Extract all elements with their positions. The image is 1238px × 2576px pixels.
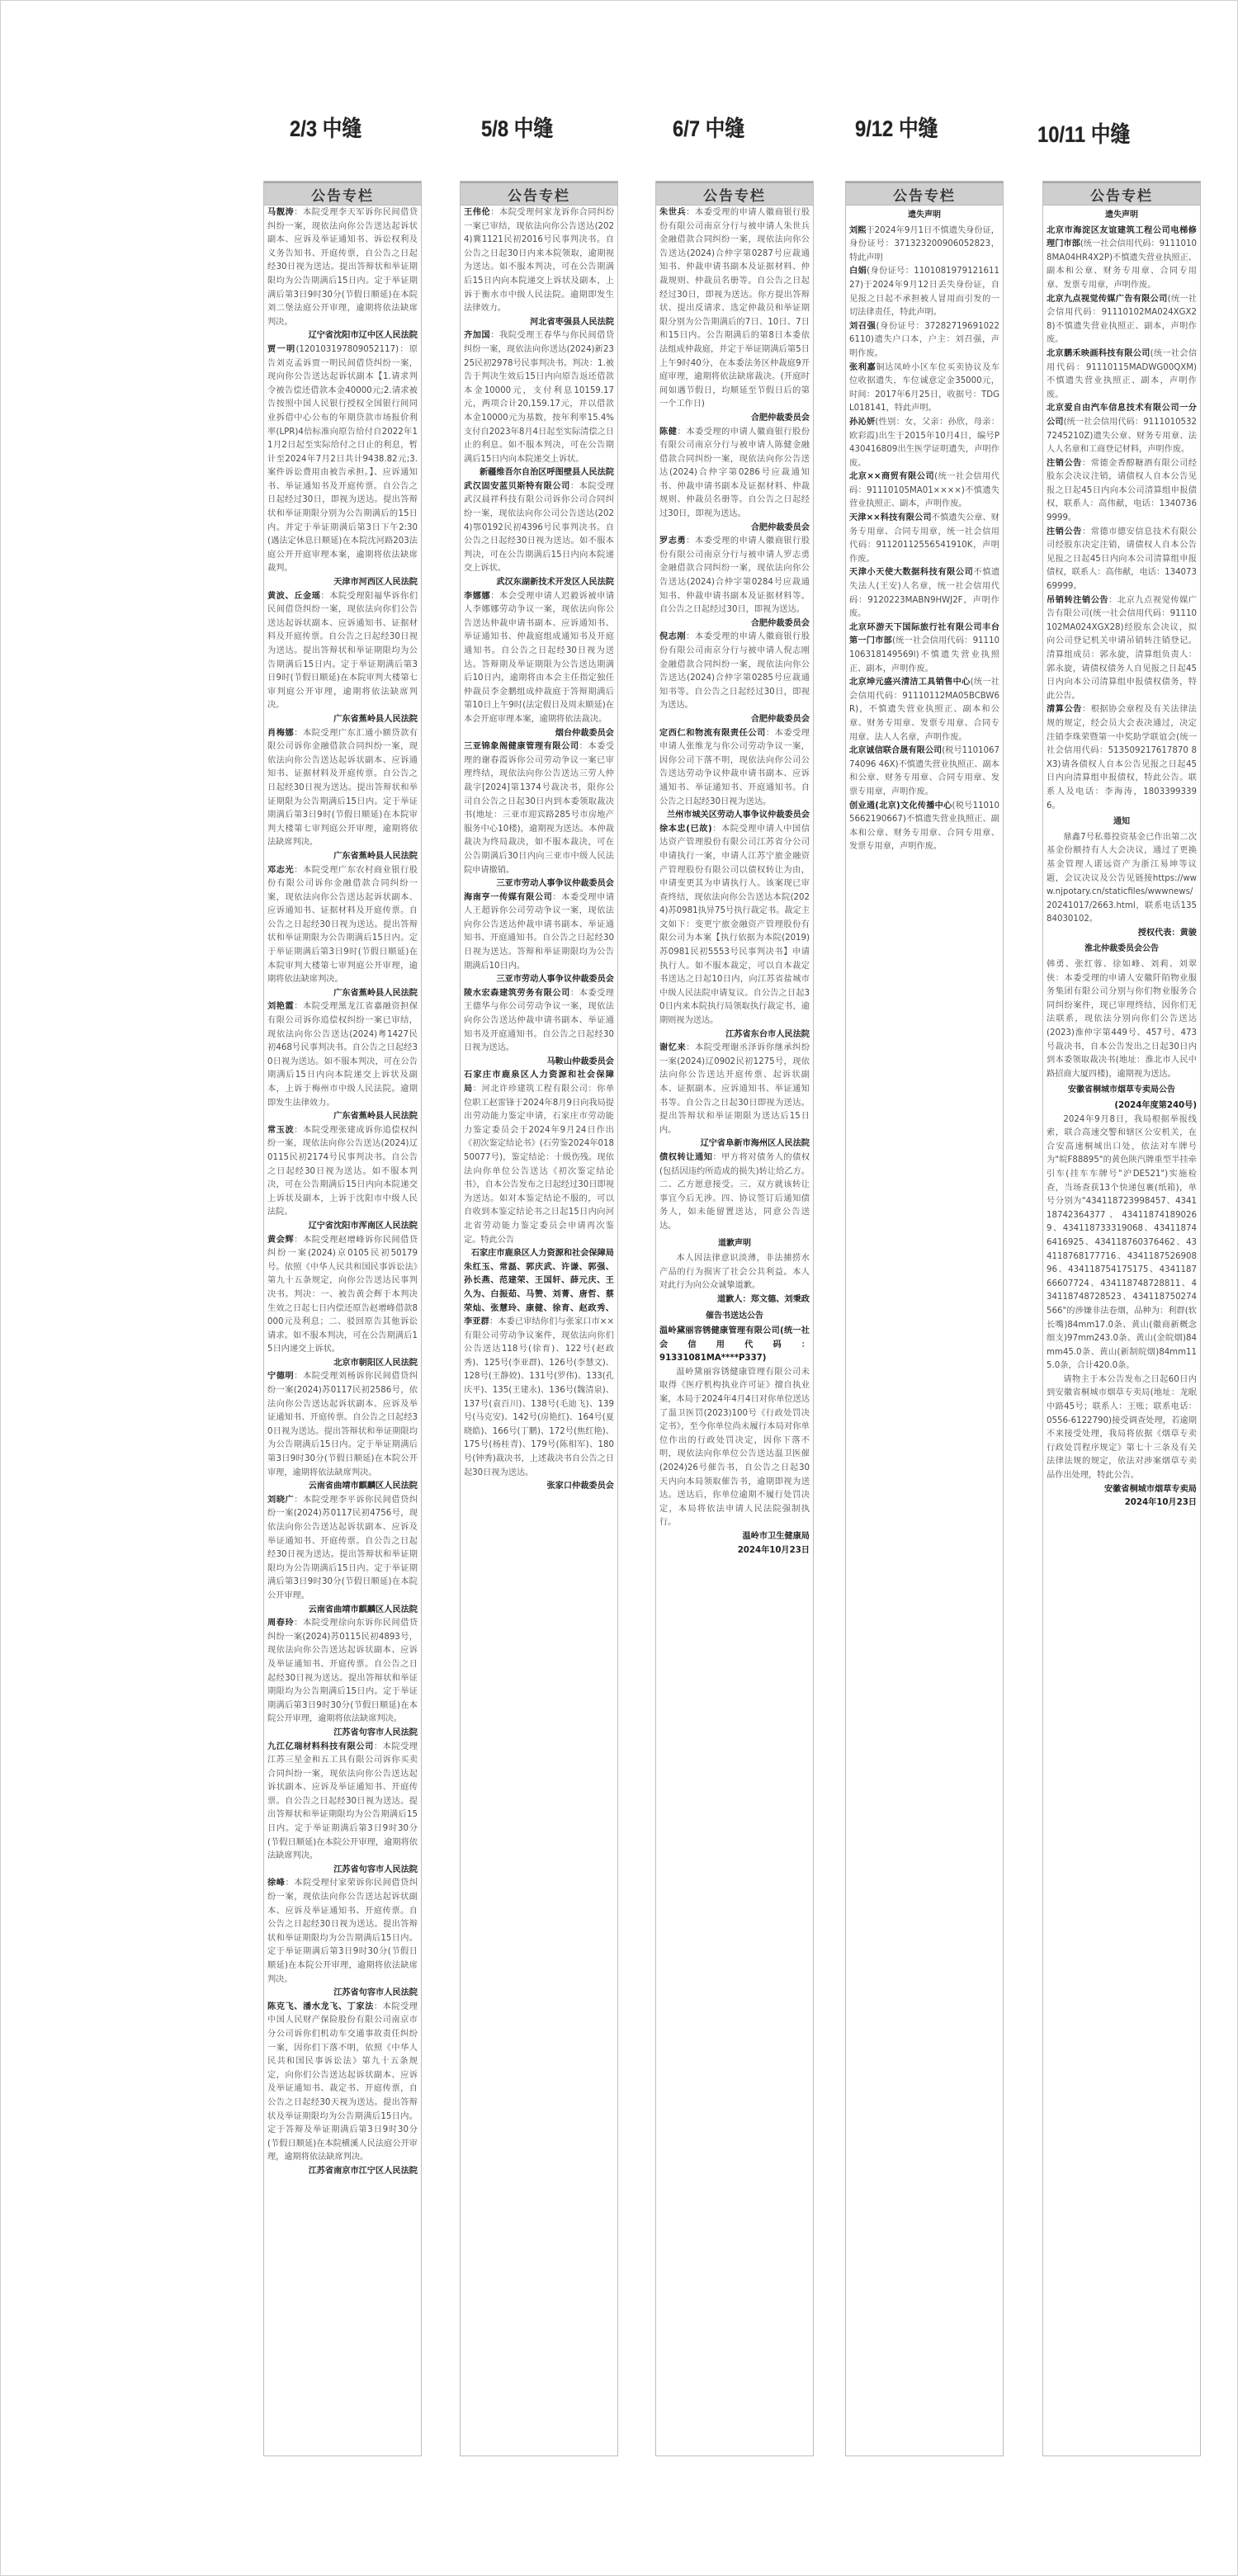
notice-text: ：甲方将对债务人的债权(包括因违约所造成的损失)转让给乙方。二、乙方愿意接受。三… [659, 1153, 810, 1231]
apology-block: 道歉声明 本人因法律意识淡薄，非法捕捞水产品的行为损害了社会公共利益。本人对此行… [656, 1234, 813, 1558]
notice-item: 邓志光：本院受理广东农村商业银行股份有限公司诉你金融借款合同纠纷一案，现依法向你… [267, 864, 418, 1001]
notice-party-name: 九江亿瑞材料科技有限公司 [267, 1742, 374, 1751]
notice-item: 刘艳霞：本院受理黑龙江省嘉融资担保有限公司诉你追偿权纠纷一案已审结，现依法向你公… [267, 1000, 418, 1123]
notice-paragraph: 陈健：本委受理的申请人徽商银行股份有限公司南京分行与被申请人陈健金融借款合同纠纷… [659, 426, 810, 522]
notice-issuer: 三亚市劳动人事争议仲裁委员会 [464, 973, 614, 987]
notice-party-name: 谢忆来 [659, 1043, 686, 1052]
notice-item: 海南亨一传媒有限公司：本委受理申请人王超诉你公司劳动争议一案，现依法向你公告送达… [464, 891, 614, 987]
notice-item: 齐加国：我院受理王春华与你民间借贷纠纷一案，现依法向你送达(2024)新2325… [464, 329, 614, 480]
notice-party-name: 李娜娜 [464, 592, 490, 601]
notice-text: 于2024年9月1日不慎遗失身份证，身份证号：37132320090605282… [849, 226, 999, 262]
notice-item: 谢忆来：本院受理谢丞泽诉你继承纠纷一案(2024)辽0902民初1275号，现依… [659, 1042, 810, 1151]
notice-item: 定西仁和物流有限责任公司：本委受理申请人张维龙与你公司劳动争议一案，因你公司下落… [659, 727, 810, 823]
notice-issuer: 合肥仲裁委员会 [659, 412, 810, 426]
notice-paragraph: 陵水宏森建筑劳务有限公司：本委受理王德华与你公司劳动争议一案，现依法向你公告送达… [464, 987, 614, 1056]
notice-paragraph: 贾一明(120103197809052117)：原告刘克孟诉贾一明民间借贷纠纷一… [267, 343, 418, 576]
notice-column-2: 公告专栏 王伟伦：本院受理何家龙诉你合同纠纷一案已审结，现依法向你公告送达(20… [460, 181, 618, 2456]
notice-text: ：本委已审结你们与张家口市××有限公司劳动争议案件，现依法向你们公告送达118号… [464, 1317, 614, 1477]
notice-text: ：本院受理申请人中国信达资产管理股份有限公司江苏省分公司申请执行一案，申请人江苏… [659, 825, 810, 1025]
notice-party-name: 吊销转注销公告 [1047, 596, 1108, 605]
notice-party-name: 徐峰 [267, 1879, 285, 1888]
notice-paragraph: 刘召强(身份证号：372827196910226110)遗失户口本，户主：刘召强… [849, 320, 999, 362]
notice-issuer: 合肥仲裁委员会 [659, 617, 810, 631]
notice-party-name: 黄波、丘金瑶 [267, 592, 320, 601]
notice-party-name: 常玉波 [267, 1126, 294, 1135]
notice-item: 贾一明(120103197809052117)：原告刘克孟诉贾一明民间借贷纠纷一… [267, 343, 418, 590]
notice-paragraph: 谢忆来：本院受理谢丞泽诉你继承纠纷一案(2024)辽0902民初1275号，现依… [659, 1042, 810, 1137]
notice-column-3: 公告专栏 朱世兵：本委受理的申请人徽商银行股份有限公司南京分行与被申请人朱世兵金… [655, 181, 814, 2456]
notice-party-name: 定西仁和物流有限责任公司 [659, 729, 766, 738]
notice-item: 北京诚信联合晟有限公司(税号110106774096 46X)不慎遗失营业执照正… [849, 744, 999, 799]
notice-paragraph: 债权转让通知：甲方将对债务人的债权(包括因违约所造成的损失)转让给乙方。二、乙方… [659, 1151, 810, 1234]
column-body: 遗失声明 刘熙于2024年9月1日不慎遗失身份证，身份证号：3713232009… [846, 206, 1003, 854]
notice-paragraph: 常玉波：本院受理张建成诉你追偿权纠纷一案，现依法向你公告送达(2024)辽011… [267, 1124, 418, 1220]
urge-title: 催告书送达公告 [659, 1310, 810, 1324]
notice-party-name: 天津小天使大数据科技有限公司 [849, 568, 973, 577]
notice-item: 李娜娜：本会受理申请人迟毅诉被申请人李娜娜劳动争议一案，现依法向你公告送达仲裁申… [464, 590, 614, 741]
notice-text: (身份证号：110108197912161127)于2024年9月12日丢失身份… [849, 267, 999, 317]
notice-column-4: 公告专栏 遗失声明 刘熙于2024年9月1日不慎遗失身份证，身份证号：37132… [845, 181, 1004, 2456]
notice-party-name: 马靓涛 [267, 208, 294, 217]
notice-party-name: 北京坤元盛兴清洁工具销售中心 [849, 678, 971, 687]
notice-issuer: 江苏省句容市人民法院 [267, 1727, 418, 1741]
notice-issuer: 辽宁省沈阳市浑南区人民法院 [267, 1220, 418, 1234]
notice-item: 马靓涛：本院受理李天军诉你民间借贷纠纷一案，现依法向你公告送达起诉状副本、应诉及… [267, 206, 418, 343]
notice-item: 吊销转注销公告：北京九点视觉传媒广告有限公司(统一社会信用代码：91110102… [1047, 594, 1197, 704]
notice-text: ：本委受理的申请人徽商银行股份有限公司南京分行与被申请人陈健金融借款合同纠纷一案… [659, 428, 810, 519]
column-title-4: 9/12 中缝 [855, 111, 938, 143]
notice-text: ：我院受理王春华与你民间借贷纠纷一案，现依法向你送达(2024)新2325民初2… [464, 331, 614, 463]
notice-paragraph: 北京坤元盛兴清洁工具销售中心(统一社会信用代码：91110112MA05BCBW… [849, 676, 999, 744]
lost-statement-heading: 遗失声明 [849, 209, 999, 223]
notice-item: 刘熙于2024年9月1日不慎遗失身份证，身份证号：371323200906052… [849, 225, 999, 266]
notice-party-name: 贾一明 [267, 345, 295, 354]
notice-paragraph: 刘艳霞：本院受理黑龙江省嘉融资担保有限公司诉你追偿权纠纷一案已审结，现依法向你公… [267, 1000, 418, 1110]
notice-text: ：本院受理武汉晨祥科技有限公司诉你公司合同纠纷一案，现依法向你公司公告送达(20… [464, 482, 614, 574]
notice-paragraph: 北京鹏禾映画科技有限公司(统一社会信用代码：91110115MADWG00QXM… [1047, 347, 1197, 402]
notice-paragraph: 罗志勇：本委受理的申请人徽商银行股份有限公司南京分行与被申请人罗志勇金融借款合同… [659, 535, 810, 617]
notice-paragraph: 北京爱自由汽车信息技术有限公司一分公司(统一社会信用代码：91110105327… [1047, 402, 1197, 456]
tobacco-number: (2024年度第240号) [1047, 1099, 1197, 1113]
notice-item: 刘召强(身份证号：372827196910226110)遗失户口本，户主：刘召强… [849, 320, 999, 362]
notice-issuer: 辽宁省沈阳市辽中区人民法院 [267, 329, 418, 343]
notice-text: ：本院受理赵增峰诉你民间借贷纠纷一案(2024)京0105民初50179号。依照… [267, 1236, 418, 1354]
notice-paragraph: 马靓涛：本院受理李天军诉你民间借贷纠纷一案，现依法向你公告送达起诉状副本、应诉及… [267, 206, 418, 329]
notice-text: ：本院受理付家荣诉你民间借贷纠纷一案，现依法向你公告送达起诉状副本、应诉及举证通… [267, 1879, 418, 1983]
column-body: 马靓涛：本院受理李天军诉你民间借贷纠纷一案，现依法向你公告送达起诉状副本、应诉及… [264, 206, 421, 2179]
notice-paragraph: 北京九点视觉传媒广告有限公司(统一社会信用代码：91110102MA024XGX… [1047, 293, 1197, 347]
column-title-2: 5/8 中缝 [481, 111, 553, 143]
notice-text: ：本院受理谢丞泽诉你继承纠纷一案(2024)辽0902民初1275号，现依法向你… [659, 1043, 810, 1135]
notice-text: ：本会受理申请人迟毅诉被申请人李娜娜劳动争议一案，现依法向你公告送达仲裁申请书副… [464, 592, 614, 724]
notice-party-name: 天津××科技有限公司 [849, 513, 932, 522]
notice-text: ：北京九点视觉传媒广告有限公司(统一社会信用代码：91110102MA024XG… [1047, 596, 1197, 701]
notice-party-name: 肖梅娜 [267, 729, 294, 738]
notice-text: ：本委受理申请人王超诉你公司劳动争议一案，现依法向你公告送达仲裁申请书副本、举证… [464, 893, 614, 971]
notice-text: ：常德金香醇糖酒有限公司经股东会决议注销，请债权人自本公告见报之日起45日内向本… [1047, 459, 1197, 522]
urge-date: 2024年10月23日 [659, 1544, 810, 1558]
notice-party-name: 黄会辉 [267, 1236, 294, 1245]
notice-item: 九江亿瑞材料科技有限公司：本院受理江苏三星金和五工具有限公司诉你买卖合同纠纷一案… [267, 1741, 418, 1878]
urge-text: 温岭黛丽容锈健康管理有限公司未取得《医疗机构执业许可证》擅自执业案，本局于202… [659, 1366, 810, 1530]
notice-paragraph: 注销公告：常德金香醇糖酒有限公司经股东会决议注销，请债权人自本公告见报之日起45… [1047, 457, 1197, 526]
notice-text: ：本委受理的申请人徽商银行股份有限公司南京分行与被申请人罗志勇金融借款合同纠纷一… [659, 536, 810, 614]
notice-text: ：本院受理黑龙江省嘉融资担保有限公司诉你追偿权纠纷一案已审结，现依法向你公告送达… [267, 1002, 418, 1107]
notice-item: 陈健：本委受理的申请人徽商银行股份有限公司南京分行与被申请人陈健金融借款合同纠纷… [659, 426, 810, 536]
notice-item: 黄波、丘金瑶：本院受理阳福华诉你们民间借贷纠纷一案，现依法向你们公告送达起诉状副… [267, 590, 418, 727]
lost-statement-heading: 遗失声明 [1047, 209, 1197, 223]
notice-text: ：河北许珍建筑工程有限公司：你单位职工赵雷锋于2024年8月9日向我局提出劳动能… [464, 1085, 614, 1245]
notice-paragraph: 天津小天使大数据科技有限公司不慎遗失法人(王安)人名章，统一社会信用代码：912… [849, 566, 999, 621]
notice-issuer: 广东省蕉岭县人民法院 [267, 850, 418, 864]
notice-paragraph: 吊销转注销公告：北京九点视觉传媒广告有限公司(统一社会信用代码：91110102… [1047, 594, 1197, 704]
notice-text: (统一社会信用代码：91110112MA05BCBW6R)，不慎遗失营业执照正、… [849, 678, 999, 741]
notice-paragraph: 倪志刚：本委受理的申请人徽商银行股份有限公司南京分行与被申请人倪志刚金融借款合同… [659, 631, 810, 713]
notice-title: 通知 [1047, 815, 1197, 830]
notice-text: ：本委受理的申请人徽商银行股份有限公司南京分行与被申请人朱世兵金融借款合同纠纷一… [659, 208, 810, 409]
column-header: 公告专栏 [846, 182, 1003, 206]
column-body: 朱世兵：本委受理的申请人徽商银行股份有限公司南京分行与被申请人朱世兵金融借款合同… [656, 206, 813, 1234]
notice-issuer: 武汉东湖新技术开发区人民法院 [464, 576, 614, 590]
notice-issuer: 广东省蕉岭县人民法院 [267, 1110, 418, 1124]
notice-item: 宁德明：本院受理刘杨诉你民间借贷纠纷一案(2024)苏0117民初2586号，依… [267, 1370, 418, 1493]
notice-text: ：本院受理江苏三星金和五工具有限公司诉你买卖合同纠纷一案，现依法向你公告送达起诉… [267, 1742, 418, 1861]
notice-item: 天津××科技有限公司不慎遗失公章、财务专用章、合同专用章，统一社会信用代码：91… [849, 512, 999, 566]
notice-item: 北京市海淀区友谊建筑工程公司电梯修理门市部(统一社会信用代码：91110108M… [1047, 225, 1197, 293]
notice-paragraph: 武汉固安蓝贝斯特有限公司：本院受理武汉晨祥科技有限公司诉你公司合同纠纷一案，现依… [464, 480, 614, 576]
notice-issuer: 江苏省南京市江宁区人民法院 [267, 2165, 418, 2179]
notice-paragraph: 白娟(身份证号：110108197912161127)于2024年9月12日丢失… [849, 265, 999, 319]
notice-item: 天津小天使大数据科技有限公司不慎遗失法人(王安)人名章，统一社会信用代码：912… [849, 566, 999, 621]
notice-party-name: 债权转让通知 [659, 1153, 712, 1162]
notice-item: 陈克飞、潘水龙飞、丁家法：本院受理中国人民财产保险股份有限公司南京市分公司诉你们… [267, 2001, 418, 2179]
notice-paragraph: 三亚锦象阁健康管理有限公司：本委受理的谢春霞诉你公司劳动争议一案已审理终结，现依… [464, 740, 614, 877]
notice-party-name: 白娟 [849, 267, 867, 276]
notice-issuer: 辽宁省阜新市海州区人民法院 [659, 1137, 810, 1151]
notice-item: 徐峰：本院受理付家荣诉你民间借贷纠纷一案，现依法向你公告送达起诉状副本、应诉及举… [267, 1877, 418, 2000]
notice-party-name: 海南亨一传媒有限公司 [464, 893, 552, 902]
tobacco-date: 2024年10月23日 [1047, 1496, 1197, 1510]
notice-column-5: 公告专栏 遗失声明 北京市海淀区友谊建筑工程公司电梯修理门市部(统一社会信用代码… [1042, 181, 1201, 2456]
notice-party-name: 刘召强 [849, 322, 877, 331]
notice-issuer: 兰州市城关区劳动人事争议仲裁委员会 [659, 809, 810, 823]
notice-text: (统一社会信用代码：91110105327245210Z)遗失公章、财务专用章、… [1047, 418, 1197, 454]
column-title-1: 2/3 中缝 [290, 111, 361, 143]
notice-text: ：本院受理广东农村商业银行股份有限公司诉你金融借款合同纠纷一案，现依法向你公告送… [267, 866, 418, 985]
notice-party-name: 齐加国 [464, 331, 490, 340]
notice-issuer: 云南省曲靖市麒麟区人民法院 [267, 1604, 418, 1618]
notice-party-name: 北京九点视觉传媒广告有限公司 [1047, 295, 1168, 304]
notice-issuer: 天津市河西区人民法院 [267, 576, 418, 590]
notice-text: ：本院受理李平诉你民间借贷纠纷一案(2024)苏0117民初4756号，现依法向… [267, 1496, 418, 1600]
notice-text: ：本院受理广东汇通小额贷款有限公司诉你金融借款合同纠纷一案，现依法向你公告送达起… [267, 729, 418, 848]
notice-issuer: 河北省枣强县人民法院 [464, 316, 614, 330]
column-header: 公告专栏 [461, 182, 617, 206]
notice-party-name: 宁德明 [267, 1372, 294, 1381]
notice-issuer: 广东省蕉岭县人民法院 [267, 987, 418, 1001]
notice-paragraph: 王伟伦：本院受理何家龙诉你合同纠纷一案已审结，现依法向你公告送达(2024)冀1… [464, 206, 614, 316]
notice-paragraph: 黄波、丘金瑶：本院受理阳福华诉你们民间借贷纠纷一案，现依法向你们公告送达起诉状副… [267, 590, 418, 713]
notice-item: 注销公告：常德市德安信息技术有限公司经股东决定注销，请债权人自本公告见报之日起4… [1047, 526, 1197, 594]
notice-issuer: 张家口仲裁委员会 [464, 1480, 614, 1494]
notice-item: 北京××商贸有限公司(统一社会信用代码：91110105MA01××××)不慎遗… [849, 470, 999, 512]
notice-text: ：本院受理刘杨诉你民间借贷纠纷一案(2024)苏0117民初2586号，依法向你… [267, 1372, 418, 1477]
notice-item: 朱红玉、常磊、郭庆武、许谦、郭强、孙长燕、范建荣、王国轩、薛元庆、王久为、白振茹… [464, 1261, 614, 1494]
notice-party-name: 刘晓广 [267, 1496, 294, 1505]
notice-paragraph: 北京××商贸有限公司(统一社会信用代码：91110105MA01××××)不慎遗… [849, 470, 999, 512]
notice-paragraph: 周春玲：本院受理徐向东诉你民间借贷纠纷一案(2024)苏0115民初4893号，… [267, 1617, 418, 1727]
notice-text: ：本委受理王德华与你公司劳动争议一案，现依法向你公告送达仲裁申请书副本、举证通知… [464, 989, 614, 1052]
notice-item: 黄会辉：本院受理赵增峰诉你民间借贷纠纷一案(2024)京0105民初50179号… [267, 1234, 418, 1371]
notice-paragraph: 朱红玉、常磊、郭庆武、许谦、郭强、孙长燕、范建荣、王国轩、薛元庆、王久为、白振茹… [464, 1261, 614, 1481]
notice-item: 北京环游天下国际旅行社有限公司丰台第一门市部(统一社会信用代码：91110106… [849, 622, 999, 676]
column-header: 公告专栏 [264, 182, 421, 206]
notice-party-name: 创业通(北京)文化传播中心 [849, 801, 952, 811]
notice-text: ：常德市德安信息技术有限公司经股东决定注销，请债权人自本公告见报之日起45日内向… [1047, 527, 1197, 591]
notice-party-name: 罗志勇 [659, 536, 686, 546]
notice-issuer: 云南省曲靖市麒麟区人民法院 [267, 1480, 418, 1494]
notice-item: 三亚锦象阁健康管理有限公司：本委受理的谢春霞诉你公司劳动争议一案已审理终结，现依… [464, 740, 614, 891]
tobacco-title: 安徽省桐城市烟草专卖局公告 [1047, 1084, 1197, 1098]
notice-item: 朱世兵：本委受理的申请人徽商银行股份有限公司南京分行与被申请人朱世兵金融借款合同… [659, 206, 810, 426]
notice-paragraph: 刘熙于2024年9月1日不慎遗失身份证，身份证号：371323200906052… [849, 225, 999, 266]
notice-party-name: 清算公告 [1047, 705, 1082, 714]
notice-paragraph: 徐本忠(已故)：本院受理申请人中国信达资产管理股份有限公司江苏省分公司申请执行一… [659, 823, 810, 1028]
notice-party-name: 陵水宏森建筑劳务有限公司 [464, 989, 570, 998]
column-body: 遗失声明 北京市海淀区友谊建筑工程公司电梯修理门市部(统一社会信用代码：9111… [1043, 206, 1200, 1510]
notice-paragraph: 肖梅娜：本院受理广东汇通小额贷款有限公司诉你金融借款合同纠纷一案，现依法向你公告… [267, 727, 418, 850]
notice-item: 孙沁妍(性别：女，父亲：孙欣，母亲：欧彩霞)出生于2015年10月4日，编号P4… [849, 416, 999, 470]
notice-item: 创业通(北京)文化传播中心(税号110105662190667)不慎遗失营业执照… [849, 800, 999, 854]
notice-item: 北京坤元盛兴清洁工具销售中心(统一社会信用代码：91110112MA05BCBW… [849, 676, 999, 744]
notice-item: 北京鹏禾映画科技有限公司(统一社会信用代码：91110115MADWG00QXM… [1047, 347, 1197, 402]
notice-paragraph: 邓志光：本院受理广东农村商业银行股份有限公司诉你金融借款合同纠纷一案，现依法向你… [267, 864, 418, 987]
notice-paragraph: 宁德明：本院受理刘杨诉你民间借贷纠纷一案(2024)苏0117民初2586号，依… [267, 1370, 418, 1480]
notice-party-name: 刘艳霞 [267, 1002, 294, 1011]
notice-party-name: 孙沁妍 [849, 418, 875, 427]
notice-issuer: 江苏省句容市人民法院 [267, 1864, 418, 1878]
notice-party-name: 张利嘉 [849, 363, 876, 372]
notice-party-name: 周春玲 [267, 1619, 294, 1628]
notice-item: 刘晓广：本院受理李平诉你民间借贷纠纷一案(2024)苏0117民初4756号，现… [267, 1494, 418, 1617]
notice-text: ：本委受理的申请人徽商银行股份有限公司南京分行与被申请人倪志刚金融借款合同纠纷一… [659, 632, 810, 710]
notice-party-name: 注销公告 [1047, 459, 1082, 468]
notice-paragraph: 孙沁妍(性别：女，父亲：孙欣，母亲：欧彩霞)出生于2015年10月4日，编号P4… [849, 416, 999, 470]
tobacco-sign: 安徽省桐城市烟草专卖局 [1047, 1483, 1197, 1497]
notice-item: 石家庄市鹿泉区人力资源和社会保障局：河北许珍建筑工程有限公司：你单位职工赵雷锋于… [464, 1069, 614, 1260]
notice-party-name: 邓志光 [267, 866, 294, 875]
notice-issuer: 江苏省句容市人民法院 [267, 1987, 418, 2001]
apology-title: 道歉声明 [659, 1237, 810, 1251]
notice-issuer: 石家庄市鹿泉区人力资源和社会保障局 [464, 1247, 614, 1261]
notice-paragraph: 石家庄市鹿泉区人力资源和社会保障局：河北许珍建筑工程有限公司：你单位职工赵雷锋于… [464, 1069, 614, 1247]
notice-column-1: 公告专栏 马靓涛：本院受理李天军诉你民间借贷纠纷一案，现依法向你公告送达起诉状副… [263, 181, 422, 2456]
notice-issuer: 合肥仲裁委员会 [659, 713, 810, 727]
notice-party-name: 武汉固安蓝贝斯特有限公司 [464, 482, 570, 491]
notice-paragraph: 张利嘉铜达凤岭小区车位买卖协议及车位收据遗失，车位诚意定金35000元，时间：2… [849, 362, 999, 416]
notice-item: 肖梅娜：本院受理广东汇通小额贷款有限公司诉你金融借款合同纠纷一案，现依法向你公告… [267, 727, 418, 864]
column-title-3: 6/7 中缝 [673, 111, 744, 143]
notice-issuer: 新疆维吾尔自治区呼图壁县人民法院 [464, 466, 614, 480]
notice-issuer: 合肥仲裁委员会 [659, 522, 810, 536]
notice-paragraph: 清算公告：根据协会章程及有关法律法规的规定，经会员大会表决通过，决定注销李珠荣暨… [1047, 703, 1197, 813]
notice-text: (120103197809052117)：原告刘克孟诉贾一明民间借贷纠纷一案，现… [267, 345, 418, 574]
notice-sign: 授权代表：黄骏 [1047, 927, 1197, 941]
notice-text: ：本院受理张建成诉你追偿权纠纷一案，现依法向你公告送达(2024)辽0115民初… [267, 1126, 418, 1217]
notice-paragraph: 齐加国：我院受理王春华与你民间借贷纠纷一案，现依法向你送达(2024)新2325… [464, 329, 614, 466]
apology-text: 本人因法律意识淡薄，非法捕捞水产品的行为损害了社会公共利益。本人对此行为向公众诚… [659, 1252, 810, 1293]
notice-text: ：本院受理中国人民财产保险股份有限公司南京市分公司诉你们机动车交通事故责任纠纷一… [267, 2002, 418, 2162]
notice-item: 徐本忠(已故)：本院受理申请人中国信达资产管理股份有限公司江苏省分公司申请执行一… [659, 823, 810, 1042]
notice-issuer: 江苏省东台市人民法院 [659, 1028, 810, 1042]
notice-party-name: 陈克飞、潘水龙飞、丁家法 [267, 2002, 374, 2011]
apology-sign: 道歉人：郑文德、刘秉政 [659, 1293, 810, 1307]
notice-item: 常玉波：本院受理张建成诉你追偿权纠纷一案，现依法向你公告送达(2024)辽011… [267, 1124, 418, 1234]
column-title-5: 10/11 中缝 [1037, 116, 1130, 149]
notice-party-name: 北京××商贸有限公司 [849, 472, 934, 481]
notice-party-name: 刘熙 [849, 226, 866, 235]
notice-text: ：本院受理何家龙诉你合同纠纷一案已审结，现依法向你公告送达(2024)冀1121… [464, 208, 614, 313]
column-header: 公告专栏 [1043, 182, 1200, 206]
notice-issuer: 烟台仲裁委员会 [464, 727, 614, 741]
notice-item: 白娟(身份证号：110108197912161127)于2024年9月12日丢失… [849, 265, 999, 319]
notice-paragraph: 刘晓广：本院受理李平诉你民间借贷纠纷一案(2024)苏0117民初4756号，现… [267, 1494, 418, 1604]
notice-party-name: 徐本忠(已故) [659, 825, 712, 834]
notice-text: ：本院受理徐向东诉你民间借贷纠纷一案(2024)苏0115民初4893号，现依法… [267, 1619, 418, 1723]
notice-party-name: 倪志刚 [659, 632, 686, 641]
notice-item: 罗志勇：本委受理的申请人徽商银行股份有限公司南京分行与被申请人罗志勇金融借款合同… [659, 535, 810, 631]
column-header: 公告专栏 [656, 182, 813, 206]
notice-item: 清算公告：根据协会章程及有关法律法规的规定，经会员大会表决通过，决定注销李珠荣暨… [1047, 703, 1197, 813]
tobacco-text: 2024年9月8日，我局根据举报线索，联合高速交警和辖区公安机关，在合安高速桐城… [1047, 1113, 1197, 1373]
notice-item: 周春玲：本院受理徐向东诉你民间借贷纠纷一案(2024)苏0115民初4893号，… [267, 1617, 418, 1740]
notice-item: 债权转让通知：甲方将对债务人的债权(包括因违约所造成的损失)转让给乙方。二、乙方… [659, 1151, 810, 1234]
notice-text: ：本院受理阳福华诉你们民间借贷纠纷一案，现依法向你们公告送达起诉状副本、应诉通知… [267, 592, 418, 711]
notice-item: 王伟伦：本院受理何家龙诉你合同纠纷一案已审结，现依法向你公告送达(2024)冀1… [464, 206, 614, 329]
notice-paragraph: 朱世兵：本委受理的申请人徽商银行股份有限公司南京分行与被申请人朱世兵金融借款合同… [659, 206, 810, 412]
urge-recipient: 温岭黛丽容锈健康管理有限公司(统一社会信用代码：91331081MA****P3… [659, 1325, 810, 1366]
notice-party-name: 北京鹏禾映画科技有限公司 [1047, 349, 1151, 358]
arbitration-title: 淮北仲裁委员会公告 [1047, 943, 1197, 957]
notice-issuer: 三亚市劳动人事争议仲裁委员会 [464, 877, 614, 891]
notice-issuer: 广东省蕉岭县人民法院 [267, 713, 418, 727]
notice-paragraph: 北京环游天下国际旅行社有限公司丰台第一门市部(统一社会信用代码：91110106… [849, 622, 999, 676]
notice-party-name: 朱世兵 [659, 208, 686, 217]
column-body: 王伟伦：本院受理何家龙诉你合同纠纷一案已审结，现依法向你公告送达(2024)冀1… [461, 206, 617, 1494]
notice-text: 鼎鑫7号私募投资基金已作出第二次基金份额持有人大会决议，通过了更换基金管理人诺远… [1047, 831, 1197, 927]
notice-paragraph: 北京诚信联合晟有限公司(税号110106774096 46X)不慎遗失营业执照正… [849, 744, 999, 799]
notice-paragraph: 李娜娜：本会受理申请人迟毅诉被申请人李娜娜劳动争议一案，现依法向你公告送达仲裁申… [464, 590, 614, 727]
notice-paragraph: 北京市海淀区友谊建筑工程公司电梯修理门市部(统一社会信用代码：91110108M… [1047, 225, 1197, 293]
notice-paragraph: 九江亿瑞材料科技有限公司：本院受理江苏三星金和五工具有限公司诉你买卖合同纠纷一案… [267, 1741, 418, 1864]
notice-item: 武汉固安蓝贝斯特有限公司：本院受理武汉晨祥科技有限公司诉你公司合同纠纷一案，现依… [464, 480, 614, 590]
notice-paragraph: 黄会辉：本院受理赵增峰诉你民间借贷纠纷一案(2024)京0105民初50179号… [267, 1234, 418, 1357]
notice-issuer: 北京市朝阳区人民法院 [267, 1357, 418, 1371]
notice-paragraph: 海南亨一传媒有限公司：本委受理申请人王超诉你公司劳动争议一案，现依法向你公告送达… [464, 891, 614, 974]
notice-item: 张利嘉铜达凤岭小区车位买卖协议及车位收据遗失，车位诚意定金35000元，时间：2… [849, 362, 999, 416]
notice-paragraph: 定西仁和物流有限责任公司：本委受理申请人张维龙与你公司劳动争议一案，因你公司下落… [659, 727, 810, 810]
notice-party-name: 王伟伦 [464, 208, 490, 217]
notice-item: 倪志刚：本委受理的申请人徽商银行股份有限公司南京分行与被申请人倪志刚金融借款合同… [659, 631, 810, 726]
notice-paragraph: 陈克飞、潘水龙飞、丁家法：本院受理中国人民财产保险股份有限公司南京市分公司诉你们… [267, 2001, 418, 2165]
notice-item: 北京爱自由汽车信息技术有限公司一分公司(统一社会信用代码：91110105327… [1047, 402, 1197, 456]
notice-item: 注销公告：常德金香醇糖酒有限公司经股东会决议注销，请债权人自本公告见报之日起45… [1047, 457, 1197, 526]
notice-paragraph: 徐峰：本院受理付家荣诉你民间借贷纠纷一案，现依法向你公告送达起诉状副本、应诉及举… [267, 1877, 418, 1987]
notice-party-name: 三亚锦象阁健康管理有限公司 [464, 742, 579, 751]
notice-party-name: 注销公告 [1047, 527, 1082, 536]
notice-item: 陵水宏森建筑劳务有限公司：本委受理王德华与你公司劳动争议一案，现依法向你公告送达… [464, 987, 614, 1070]
notice-party-name: 陈健 [659, 428, 677, 437]
notice-party-name: 北京诚信联合晟有限公司 [849, 746, 942, 755]
notice-paragraph: 天津××科技有限公司不慎遗失公章、财务专用章、合同专用章，统一社会信用代码：91… [849, 512, 999, 566]
tobacco-text-2: 请物主于本公告发布之日起60日内到安徽省桐城市烟草专卖局(地址：龙眠中路45号；… [1047, 1373, 1197, 1483]
notice-text: ：本委受理申请人张维龙与你公司劳动争议一案，因你公司下落不明，现依法向你公司公告… [659, 729, 810, 806]
arbitration-text: 韩勇、张红蓉、徐如峰、刘莉、刘翠侠：本委受理的申请人安徽阡陌物业服务集团有限公司… [1047, 958, 1197, 1081]
notice-issuer: 马鞍山仲裁委员会 [464, 1056, 614, 1070]
notice-paragraph: 创业通(北京)文化传播中心(税号110105662190667)不慎遗失营业执照… [849, 800, 999, 854]
urge-sign: 温岭市卫生健康局 [659, 1530, 810, 1544]
notice-text: ：本委受理的谢春霞诉你公司劳动争议一案已审理终结，现依法向你公告送达三劳人仲裁字… [464, 742, 614, 874]
notice-item: 北京九点视觉传媒广告有限公司(统一社会信用代码：91110102MA024XGX… [1047, 293, 1197, 347]
notice-text: ：本院受理李天军诉你民间借贷纠纷一案，现依法向你公告送达起诉状副本、应诉及举证通… [267, 208, 418, 327]
notice-paragraph: 注销公告：常德市德安信息技术有限公司经股东决定注销，请债权人自本公告见报之日起4… [1047, 526, 1197, 594]
notice-text: ：根据协会章程及有关法律法规的规定，经会员大会表决通过，决定注销李珠荣暨第一中奖… [1047, 705, 1197, 810]
